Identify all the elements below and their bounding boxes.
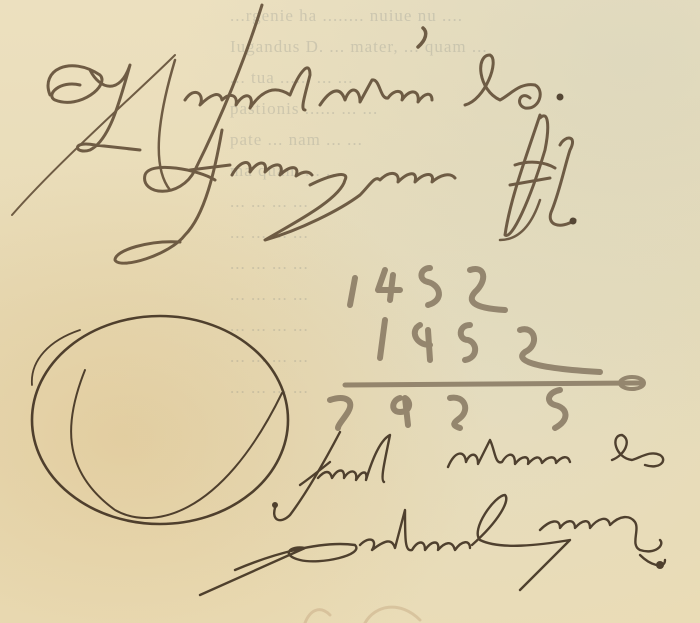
manuscript-page: ...rgenie ha ........ nuiue nu .... Iuga… — [0, 0, 700, 623]
ink-layer — [0, 0, 700, 623]
bottom-faint-strokes — [305, 607, 420, 623]
calculation-strokes — [330, 268, 644, 428]
signature-2-strokes — [32, 316, 665, 595]
signature-1-strokes — [12, 5, 577, 263]
